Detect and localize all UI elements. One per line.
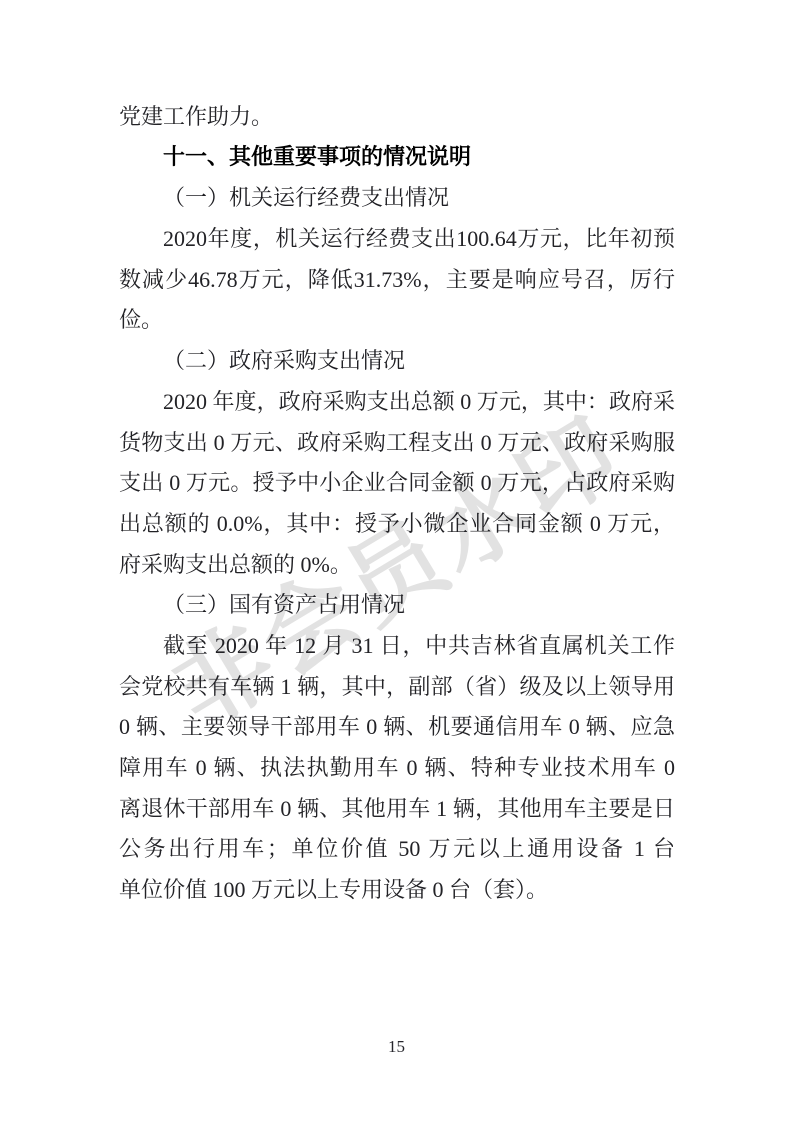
section-heading: 十一、其他重要事项的情况说明 bbox=[119, 138, 675, 179]
paragraph-line: 2020年度，机关运行经费支出100.64万元，比年初预算 bbox=[119, 219, 675, 260]
paragraph-line: 单位价值 100 万元以上专用设备 0 台（套）。 bbox=[119, 870, 675, 911]
subsection-heading: （三）国有资产占用情况 bbox=[119, 585, 675, 626]
paragraph-line: 府采购支出总额的 0%。 bbox=[119, 545, 675, 586]
paragraph-line: 0 辆、主要领导干部用车 0 辆、机要通信用车 0 辆、应急保 bbox=[119, 707, 675, 748]
paragraph-line: 截至 2020 年 12 月 31 日，中共吉林省直属机关工作委员 bbox=[119, 626, 675, 667]
paragraph-line: 货物支出 0 万元、政府采购工程支出 0 万元、政府采购服务 bbox=[119, 423, 675, 464]
paragraph-continuation-line: 党建工作助力。 bbox=[119, 97, 675, 138]
paragraph-line: 支出 0 万元。授予中小企业合同金额 0 万元，占政府采购支 bbox=[119, 463, 675, 504]
paragraph-line: 数减少46.78万元，降低31.73%，主要是响应号召，厉行节 bbox=[119, 260, 675, 301]
paragraph-line: 2020 年度，政府采购支出总额 0 万元，其中：政府采购 bbox=[119, 382, 675, 423]
document-body: 党建工作助力。 十一、其他重要事项的情况说明 （一）机关运行经费支出情况2020… bbox=[119, 97, 675, 911]
paragraph-line: 出总额的 0.0%，其中：授予小微企业合同金额 0 万元，占政 bbox=[119, 504, 675, 545]
paragraph-line: 离退休干部用车 0 辆、其他用车 1 辆，其他用车主要是日常 bbox=[119, 789, 675, 830]
subsections-container: （一）机关运行经费支出情况2020年度，机关运行经费支出100.64万元，比年初… bbox=[119, 178, 675, 910]
paragraph-line: 俭。 bbox=[119, 300, 675, 341]
subsection-heading: （二）政府采购支出情况 bbox=[119, 341, 675, 382]
paragraph-line: 会党校共有车辆 1 辆，其中，副部（省）级及以上领导用车 bbox=[119, 667, 675, 708]
subsection-heading: （一）机关运行经费支出情况 bbox=[119, 178, 675, 219]
paragraph-line: 公务出行用车；单位价值 50 万元以上通用设备 1 台（套）； bbox=[119, 829, 675, 870]
paragraph-line: 障用车 0 辆、执法执勤用车 0 辆、特种专业技术用车 0 辆、 bbox=[119, 748, 675, 789]
page-number: 15 bbox=[0, 1036, 793, 1058]
document-page: 非会员水印 党建工作助力。 十一、其他重要事项的情况说明 （一）机关运行经费支出… bbox=[0, 0, 793, 1122]
